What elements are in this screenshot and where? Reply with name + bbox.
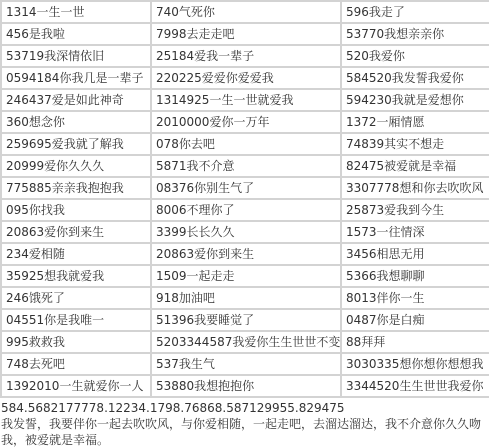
code-cell: 596我走了 bbox=[341, 1, 489, 23]
table-row: 360想念你2010000爱你一万年1372一厢情愿 bbox=[1, 111, 489, 133]
code-cell: 51396我要睡觉了 bbox=[151, 309, 341, 331]
code-cell: 360想念你 bbox=[1, 111, 151, 133]
code-cell: 82475被爱就是幸福 bbox=[341, 155, 489, 177]
code-cell: 520我爱你 bbox=[341, 45, 489, 67]
table-row: 456是我啦7998去走走吧53770我想亲亲你 bbox=[1, 23, 489, 45]
table-row: 53719我深情依旧25184爱我一辈子520我爱你 bbox=[1, 45, 489, 67]
code-cell: 74839其实不想走 bbox=[341, 133, 489, 155]
table-row: 20999爱你久久久5871我不介意82475被爱就是幸福 bbox=[1, 155, 489, 177]
code-cell: 5366我想聊聊 bbox=[341, 265, 489, 287]
code-cell: 8006不理你了 bbox=[151, 199, 341, 221]
code-cell: 3456相思无用 bbox=[341, 243, 489, 265]
code-cell: 08376你别生气了 bbox=[151, 177, 341, 199]
code-cell: 775885亲亲我抱抱我 bbox=[1, 177, 151, 199]
code-cell: 0487你是白痴 bbox=[341, 309, 489, 331]
code-cell: 234爱相随 bbox=[1, 243, 151, 265]
code-cell: 53719我深情依旧 bbox=[1, 45, 151, 67]
table-row: 04551你是我唯一51396我要睡觉了0487你是白痴 bbox=[1, 309, 489, 331]
table-row: 1314一生一世740气死你596我走了 bbox=[1, 1, 489, 23]
code-cell: 04551你是我唯一 bbox=[1, 309, 151, 331]
number-codes-table: 1314一生一世740气死你596我走了456是我啦7998去走走吧53770我… bbox=[0, 0, 489, 398]
code-cell: 53770我想亲亲你 bbox=[341, 23, 489, 45]
footer-numbers-line: 584.5682177778.12234.1798.76868.58712995… bbox=[1, 400, 488, 416]
code-cell: 2010000爱你一万年 bbox=[151, 111, 341, 133]
code-cell: 594230我就是爱想你 bbox=[341, 89, 489, 111]
code-cell: 20999爱你久久久 bbox=[1, 155, 151, 177]
table-row: 259695爱我就了解我078你去吧74839其实不想走 bbox=[1, 133, 489, 155]
code-cell: 095你找我 bbox=[1, 199, 151, 221]
code-cell: 1509一起走走 bbox=[151, 265, 341, 287]
code-cell: 7998去走走吧 bbox=[151, 23, 341, 45]
table-row: 1392010一生就爱你一人53880我想抱抱你3344520生生世世我爱你 bbox=[1, 375, 489, 397]
footer: 584.5682177778.12234.1798.76868.58712995… bbox=[0, 398, 489, 448]
code-cell: 537我生气 bbox=[151, 353, 341, 375]
code-cell: 3399长长久久 bbox=[151, 221, 341, 243]
code-cell: 740气死你 bbox=[151, 1, 341, 23]
table-row: 995救救我5203344587我爱你生生世世不变心88拜拜 bbox=[1, 331, 489, 353]
table-row: 234爱相随20863爱你到来生3456相思无用 bbox=[1, 243, 489, 265]
codes-table-body: 1314一生一世740气死你596我走了456是我啦7998去走走吧53770我… bbox=[1, 1, 489, 397]
code-cell: 1573一往情深 bbox=[341, 221, 489, 243]
code-cell: 8013伴你一生 bbox=[341, 287, 489, 309]
code-cell: 53880我想抱抱你 bbox=[151, 375, 341, 397]
code-cell: 25184爱我一辈子 bbox=[151, 45, 341, 67]
table-row: 246饿死了918加油吧8013伴你一生 bbox=[1, 287, 489, 309]
table-row: 748去死吧537我生气3030335想你想你想想我 bbox=[1, 353, 489, 375]
table-row: 775885亲亲我抱抱我08376你别生气了3307778想和你去吹吹风 bbox=[1, 177, 489, 199]
code-cell: 220225爱爱你爱爱我 bbox=[151, 67, 341, 89]
code-cell: 748去死吧 bbox=[1, 353, 151, 375]
table-row: 246437爱是如此神奇1314925一生一世就爱我594230我就是爱想你 bbox=[1, 89, 489, 111]
code-cell: 1392010一生就爱你一人 bbox=[1, 375, 151, 397]
code-cell: 246437爱是如此神奇 bbox=[1, 89, 151, 111]
code-cell: 1314一生一世 bbox=[1, 1, 151, 23]
table-row: 20863爱你到来生3399长长久久1573一往情深 bbox=[1, 221, 489, 243]
code-cell: 35925想我就爱我 bbox=[1, 265, 151, 287]
code-cell: 3030335想你想你想想我 bbox=[341, 353, 489, 375]
code-cell: 5203344587我爱你生生世世不变心 bbox=[151, 331, 341, 353]
code-cell: 078你去吧 bbox=[151, 133, 341, 155]
code-cell: 88拜拜 bbox=[341, 331, 489, 353]
footer-message-line: 我发誓，我要伴你一起去吹吹风，与你爱相随，一起走吧，去溜达溜达，我不介意你久久吻… bbox=[1, 416, 488, 448]
code-cell: 918加油吧 bbox=[151, 287, 341, 309]
code-cell: 1372一厢情愿 bbox=[341, 111, 489, 133]
code-cell: 584520我发誓我爱你 bbox=[341, 67, 489, 89]
code-cell: 259695爱我就了解我 bbox=[1, 133, 151, 155]
table-row: 35925想我就爱我1509一起走走5366我想聊聊 bbox=[1, 265, 489, 287]
table-row: 095你找我8006不理你了25873爱我到今生 bbox=[1, 199, 489, 221]
code-cell: 995救救我 bbox=[1, 331, 151, 353]
code-cell: 3344520生生世世我爱你 bbox=[341, 375, 489, 397]
code-cell: 20863爱你到来生 bbox=[1, 221, 151, 243]
code-cell: 5871我不介意 bbox=[151, 155, 341, 177]
code-cell: 1314925一生一世就爱我 bbox=[151, 89, 341, 111]
code-cell: 3307778想和你去吹吹风 bbox=[341, 177, 489, 199]
code-cell: 25873爱我到今生 bbox=[341, 199, 489, 221]
table-row: 0594184你我几是一辈子220225爱爱你爱爱我584520我发誓我爱你 bbox=[1, 67, 489, 89]
code-cell: 246饿死了 bbox=[1, 287, 151, 309]
code-cell: 456是我啦 bbox=[1, 23, 151, 45]
code-cell: 0594184你我几是一辈子 bbox=[1, 67, 151, 89]
code-cell: 20863爱你到来生 bbox=[151, 243, 341, 265]
